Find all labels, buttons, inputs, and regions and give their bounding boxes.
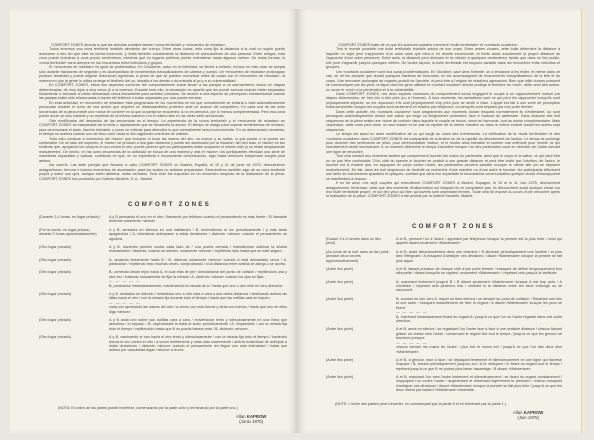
intro-paragraph: En esta actividad, el «encuentro de mira… <box>39 101 285 119</box>
order-note: (NOTA: El orden de las partes puede inve… <box>58 406 238 410</box>
intro-text-es: COMFORT ZONES aborda lo que las ciencias… <box>39 43 285 181</box>
score-location: (Autre lieu privé) <box>326 297 396 324</box>
score-text: A et B, assis en silence / se regardant … <box>396 327 562 340</box>
section-heading: COMFORT ZONES <box>412 223 495 230</box>
score-text: B, courant de loin vers A, lequel se tie… <box>396 297 562 310</box>
score-continuation: B, parándose instantáneamente, mantenien… <box>109 284 283 288</box>
intro-paragraph: Tout le monde possède une bulle territor… <box>326 47 560 69</box>
score-location: (Otro lugar privado) <box>39 335 109 353</box>
score-location: (Autre lieu privé) <box>326 327 396 354</box>
score-instruction: A et B, pensent l'un à l'autre / appelan… <box>396 237 562 246</box>
score-instruction: A et B, assis silencieusement dans une c… <box>396 250 562 263</box>
intro-paragraph: Les «contacts oculaires» sont tout aussi… <box>326 70 560 92</box>
intro-paragraph: Il en fut ainsi. Les sept couples qui ex… <box>326 181 560 199</box>
score-row: (Otro lugar privado) A, andando lentamen… <box>39 258 287 267</box>
intro-paragraph: Le temps est aussi un autre modificateur… <box>326 132 560 154</box>
score-row: (Autre lieu privé) A et B, assis en sile… <box>326 327 562 354</box>
score-instruction: B, courant de loin vers A, lequel se tie… <box>396 297 562 324</box>
score-instruction: A y B, haciendo presión contra cada lado… <box>109 245 287 254</box>
score-instruction: A y B cada uno sobre sus rodillas cara a… <box>109 318 287 331</box>
score-location: (Otro lugar privado) <box>39 270 109 288</box>
score-instruction: A et B, marchant l'un vers l'autre lente… <box>396 375 562 393</box>
score-row: (Por la noche, en lugar privado, durante… <box>39 228 287 241</box>
signature-date: (Junio 1975) <box>239 419 263 424</box>
order-note: (NOTE: L'ordre des parties peut s'invert… <box>335 402 506 406</box>
score-instruction: A y B pensando el uno en el otro / llama… <box>109 215 287 224</box>
score-location: (Autre lieu privé) <box>326 375 396 393</box>
score-row: (Autre lieu privé) A et B, faisant press… <box>326 267 562 276</box>
score-text: A y B, sentados en silencio / mirándose … <box>109 292 287 300</box>
score-instruction: A, marchant lentement jusqu'à B / B disa… <box>396 280 562 293</box>
score-row: (Autre lieu privé) A et B, à genoux, fac… <box>326 358 562 371</box>
score-row: (Autre lieu privé) A et B, marchant l'un… <box>326 375 562 393</box>
score-row: (Autre lieu privé) A, marchant lentement… <box>326 280 562 293</box>
score-instruction: B, corriendo desde lejos hacia A, el cua… <box>109 270 287 288</box>
score-location: (Au cours de la nuit, dans un lieu privé… <box>326 250 396 263</box>
left-page: COMFORT ZONES aborda lo que las ciencias… <box>10 9 297 433</box>
score-row: (Otro lugar privado) A y B, caminando el… <box>39 335 287 353</box>
score-location: (Otro lugar privado) <box>39 258 109 267</box>
score-list-es: (Durante 3-4 horas, en lugar privado) A … <box>39 215 287 357</box>
intro-paragraph: Todo esto conduce a momentos del «tacto»… <box>39 137 285 164</box>
section-heading: COMFORT ZONES <box>128 201 211 208</box>
score-location: (Autre lieu privé) <box>326 280 396 293</box>
score-row: (Autre lieu privé) B, courant de loin ve… <box>326 297 562 324</box>
score-instruction: A y B, caminando el uno hacia el otro le… <box>109 335 287 353</box>
separator-dashes: — — — — — <box>396 310 428 314</box>
intro-paragraph: Tout cela conduit aux moments tactiles q… <box>326 154 560 181</box>
signature-date: (Juin 1975) <box>517 415 539 420</box>
score-location: (Durant 3 à 4 heures dans un lieu privé) <box>326 237 396 246</box>
signature: Allan KAPROW (Juin 1975) <box>513 410 543 420</box>
intro-paragraph: En COMFORT ZONES, estos dos aspectos com… <box>39 83 285 101</box>
intro-paragraph: Así ocurrió. Las siete parejas que lleva… <box>39 163 285 181</box>
score-location: (Por la noche, en lugar privado, durante… <box>39 228 109 241</box>
separator-dashes: — — — — — <box>109 301 141 305</box>
intro-paragraph: Otro modificador del desarrollo de las s… <box>39 119 285 137</box>
score-location: (Autre lieu privé) <box>326 358 396 371</box>
score-location: (Autre lieu privé) <box>326 267 396 276</box>
score-location: (Durante 3-4 horas, en lugar privado) <box>39 215 109 224</box>
score-instruction: A et B, à genoux, face à face / se dépla… <box>396 358 562 371</box>
score-instruction: A y B, sentados en silencio en una habit… <box>109 228 287 241</box>
score-instruction: A y B, sentados en silencio / mirándose … <box>109 292 287 314</box>
score-location: (Otro lugar privado) <box>39 318 109 331</box>
page-edge <box>581 9 587 433</box>
intro-paragraph: Todos tenemos una zona territorial invis… <box>39 47 285 65</box>
score-continuation: B, s'arrêtant instantanément fixant du r… <box>396 315 562 323</box>
score-list-fr: (Durant 3 à 4 heures dans un lieu privé)… <box>326 237 562 397</box>
score-row: (Durant 3 à 4 heures dans un lieu privé)… <box>326 237 562 246</box>
score-row: (Otro lugar privado) A y B, sentados en … <box>39 292 287 314</box>
separator-dashes: — — — — — <box>109 279 141 283</box>
score-row: (Au cours de la nuit, dans un lieu privé… <box>326 250 562 263</box>
score-text: B, corriendo desde lejos hacia A, el cua… <box>109 270 287 278</box>
score-location: (Otro lugar privado) <box>39 245 109 254</box>
score-row: (Otro lugar privado) A y B cada uno sobr… <box>39 318 287 331</box>
score-continuation: cada uno apretando las manos del otro / … <box>109 305 287 313</box>
score-location: (Otro lugar privado) <box>39 292 109 314</box>
score-instruction: A et B, assis en silence / se regardant … <box>396 327 562 354</box>
intro-text-fr: COMFORT ZONES traite de ce que les scien… <box>326 43 560 199</box>
intro-paragraph: El «encuentro de miradas» es igual de pr… <box>39 65 285 83</box>
signature: Allan KAPROW (Junio 1975) <box>236 414 266 424</box>
score-row: (Durante 3-4 horas, en lugar privado) A … <box>39 215 287 224</box>
intro-paragraph: Dans COMFORT ZONES, ces deux aspects com… <box>326 92 560 110</box>
score-instruction: A et B, faisant pression de chaque côté … <box>396 267 562 276</box>
separator-dashes: — — — — — <box>396 341 428 345</box>
score-row: (Otro lugar privado) B, corriendo desde … <box>39 270 287 288</box>
intro-paragraph: Dans cette activité, les «contacts ocula… <box>326 110 560 132</box>
score-continuation: chacun serrant les mains de l'autre / pl… <box>396 345 562 353</box>
right-page: COMFORT ZONES traite de ce que les scien… <box>297 9 581 433</box>
score-row: (Otro lugar privado) A y B, haciendo pre… <box>39 245 287 254</box>
score-instruction: A, andando lentamente hacia B / B, dicie… <box>109 258 287 267</box>
